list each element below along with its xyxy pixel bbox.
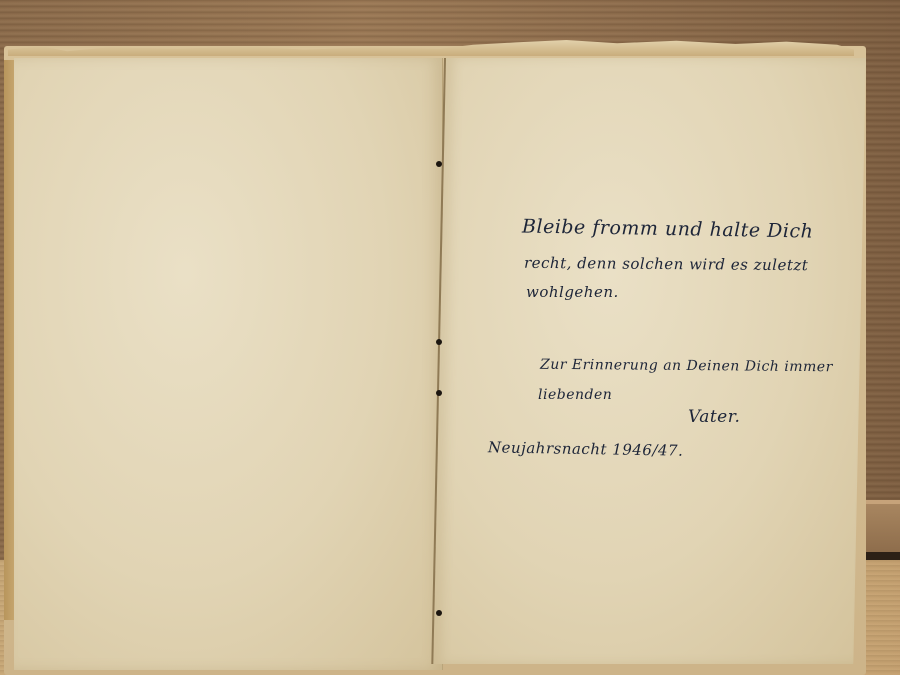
stitch-hole	[436, 161, 442, 167]
stitch-hole	[436, 339, 442, 345]
dedication-line-2: recht, denn solchen wird es zuletzt	[524, 254, 809, 274]
stitch-hole	[436, 390, 442, 396]
left-page	[14, 58, 443, 670]
dedication-line-5: liebenden	[538, 387, 612, 403]
dedication-line-4: Zur Erinnerung an Deinen Dich immer	[540, 357, 833, 376]
dedication-date: Neujahrsnacht 1946/47.	[488, 438, 684, 459]
dedication-signature: Vater.	[688, 407, 740, 427]
dedication-line-3: wohlgehen.	[526, 283, 619, 301]
stitch-hole	[436, 610, 442, 616]
